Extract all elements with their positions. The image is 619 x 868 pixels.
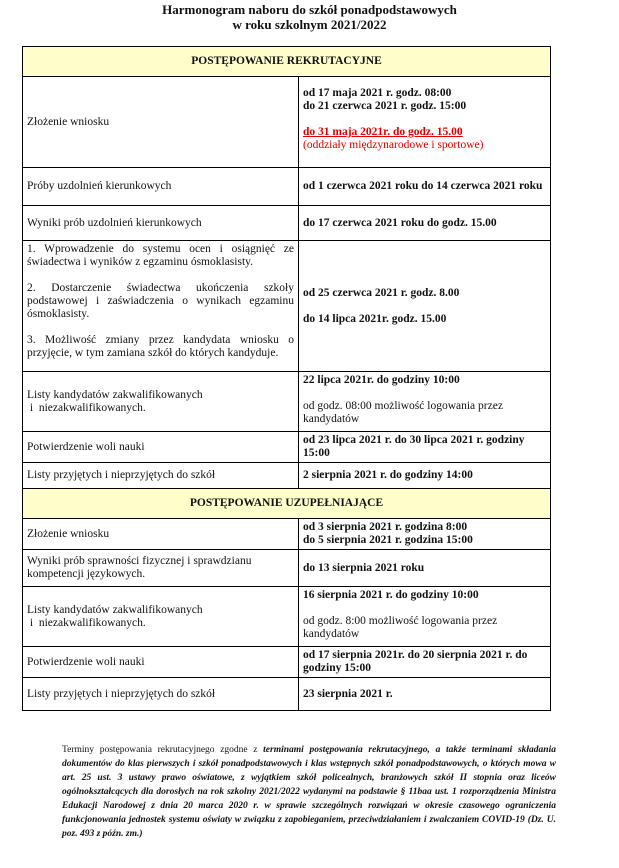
table-row: Listy kandydatów zakwalifikowanych i nie… bbox=[23, 587, 551, 647]
date-cell: od 23 lipca 2021 r. do 30 lipca 2021 r. … bbox=[299, 432, 551, 463]
date-cell: do 17 czerwca 2021 roku do godz. 15.00 bbox=[299, 206, 551, 241]
date-cell: 22 lipca 2021r. do godziny 10:00 od godz… bbox=[299, 372, 551, 432]
activity-line: i niezakwalifikowanych. bbox=[27, 402, 294, 415]
activity-item: 2. Dostarczenie świadectwa ukończenia sz… bbox=[27, 282, 294, 321]
date-cell: od 17 maja 2021 r. godz. 08:00 do 21 cze… bbox=[299, 77, 551, 168]
date-cell: od 3 sierpnia 2021 r. godzina 8:00 do 5 … bbox=[299, 519, 551, 550]
activity-cell: Listy kandydatów zakwalifikowanych i nie… bbox=[23, 372, 299, 432]
date-cell: 2 sierpnia 2021 r. do godziny 14:00 bbox=[299, 463, 551, 489]
date-line: do 21 czerwca 2021 r. godz. 15:00 bbox=[303, 100, 546, 113]
table-row: Listy kandydatów zakwalifikowanych i nie… bbox=[23, 372, 551, 432]
date-line: do 14 lipca 2021r. godz. 15.00 bbox=[303, 313, 546, 326]
special-deadline-note: (oddziały międzynarodowe i sportowe) bbox=[303, 139, 546, 152]
activity-cell: Potwierdzenie woli nauki bbox=[23, 647, 299, 678]
activity-cell: Wyniki prób uzdolnień kierunkowych bbox=[23, 206, 299, 241]
login-note: od godz. 08:00 możliwość logowania przez… bbox=[303, 400, 546, 426]
document-title: Harmonogram naboru do szkół ponadpodstaw… bbox=[0, 2, 619, 32]
title-line-2: w roku szkolnym 2021/2022 bbox=[0, 17, 619, 32]
date-cell: od 25 czerwca 2021 r. godz. 8.00 do 14 l… bbox=[299, 241, 551, 372]
table-row: Wyniki prób uzdolnień kierunkowych do 17… bbox=[23, 206, 551, 241]
date-cell: od 17 sierpnia 2021r. do 20 sierpnia 202… bbox=[299, 647, 551, 678]
date-cell: 23 sierpnia 2021 r. bbox=[299, 678, 551, 711]
special-deadline: do 31 maja 2021r. do godz. 15.00 bbox=[303, 126, 546, 139]
date-line: od 3 sierpnia 2021 r. godzina 8:00 bbox=[303, 521, 546, 534]
date-cell: od 1 czerwca 2021 roku do 14 czerwca 202… bbox=[299, 168, 551, 206]
date-cell: do 13 sierpnia 2021 roku bbox=[299, 550, 551, 587]
login-note: od godz. 8:00 możliwość logowania przez … bbox=[303, 615, 546, 641]
section-header-row: POSTĘPOWANIE UZUPEŁNIAJĄCE bbox=[23, 489, 551, 519]
date-cell: 16 sierpnia 2021 r. do godziny 10:00 od … bbox=[299, 587, 551, 647]
footnote-plain-text: Terminy postępowania rekrutacyjnego zgod… bbox=[62, 745, 263, 755]
activity-cell: 1. Wprowadzenie do systemu ocen i osiągn… bbox=[23, 241, 299, 372]
table-row: 1. Wprowadzenie do systemu ocen i osiągn… bbox=[23, 241, 551, 372]
activity-line: Listy kandydatów zakwalifikowanych bbox=[27, 389, 294, 402]
activity-line: Listy kandydatów zakwalifikowanych bbox=[27, 604, 294, 617]
date-line: od 25 czerwca 2021 r. godz. 8.00 bbox=[303, 287, 546, 300]
table-row: Potwierdzenie woli nauki od 17 sierpnia … bbox=[23, 647, 551, 678]
activity-cell: Złożenie wniosku bbox=[23, 77, 299, 168]
activity-cell: Listy przyjętych i nieprzyjętych do szkó… bbox=[23, 678, 299, 711]
activity-cell: Złożenie wniosku bbox=[23, 519, 299, 550]
activity-cell: Listy przyjętych i nieprzyjętych do szkó… bbox=[23, 463, 299, 489]
activity-line: i niezakwalifikowanych. bbox=[27, 617, 294, 630]
table-row: Listy przyjętych i nieprzyjętych do szkó… bbox=[23, 678, 551, 711]
table-row: Potwierdzenie woli nauki od 23 lipca 202… bbox=[23, 432, 551, 463]
section-heading-supplementary: POSTĘPOWANIE UZUPEŁNIAJĄCE bbox=[23, 489, 551, 519]
date-line: 16 sierpnia 2021 r. do godziny 10:00 bbox=[303, 589, 546, 602]
activity-cell: Wyniki prób sprawności fizycznej i spraw… bbox=[23, 550, 299, 587]
activity-cell: Listy kandydatów zakwalifikowanych i nie… bbox=[23, 587, 299, 647]
section-heading-recruitment: POSTĘPOWANIE REKRUTACYJNE bbox=[23, 47, 551, 77]
schedule-table: POSTĘPOWANIE REKRUTACYJNE Złożenie wnios… bbox=[22, 46, 551, 711]
legal-footnote: Terminy postępowania rekrutacyjnego zgod… bbox=[62, 743, 556, 841]
table-row: Złożenie wniosku od 3 sierpnia 2021 r. g… bbox=[23, 519, 551, 550]
date-line: od 17 maja 2021 r. godz. 08:00 bbox=[303, 87, 546, 100]
table-row: Próby uzdolnień kierunkowych od 1 czerwc… bbox=[23, 168, 551, 206]
date-line: 22 lipca 2021r. do godziny 10:00 bbox=[303, 374, 546, 387]
table-row: Złożenie wniosku od 17 maja 2021 r. godz… bbox=[23, 77, 551, 168]
activity-item: 1. Wprowadzenie do systemu ocen i osiągn… bbox=[27, 243, 294, 269]
title-line-1: Harmonogram naboru do szkół ponadpodstaw… bbox=[0, 2, 619, 17]
footnote-emphasis-text: terminami postępowania rekrutacyjnego, a… bbox=[62, 745, 556, 839]
date-line: do 5 sierpnia 2021 r. godzina 15:00 bbox=[303, 534, 546, 547]
activity-item: 3. Możliwość zmiany przez kandydata wnio… bbox=[27, 334, 294, 360]
activity-cell: Potwierdzenie woli nauki bbox=[23, 432, 299, 463]
table-row: Listy przyjętych i nieprzyjętych do szkó… bbox=[23, 463, 551, 489]
activity-cell: Próby uzdolnień kierunkowych bbox=[23, 168, 299, 206]
section-header-row: POSTĘPOWANIE REKRUTACYJNE bbox=[23, 47, 551, 77]
table-row: Wyniki prób sprawności fizycznej i spraw… bbox=[23, 550, 551, 587]
